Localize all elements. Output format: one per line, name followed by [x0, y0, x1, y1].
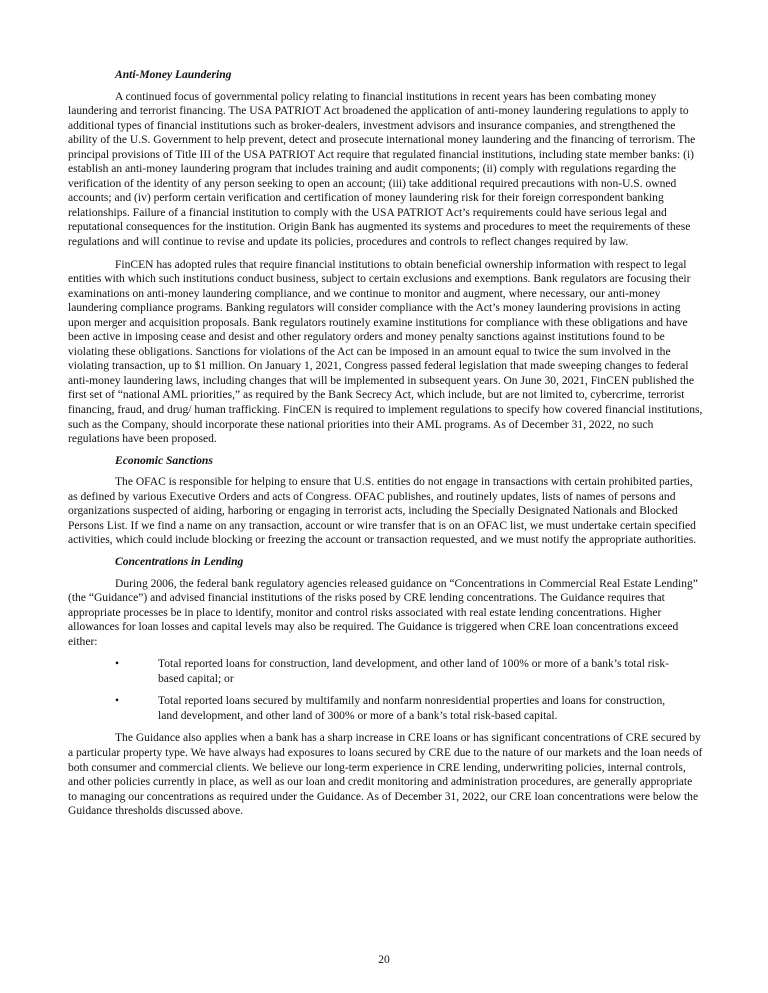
paragraph-cre-guidance-intro: During 2006, the federal bank regulatory… — [68, 577, 704, 650]
section-heading-anti-money-laundering: Anti-Money Laundering — [68, 68, 704, 83]
section-heading-economic-sanctions: Economic Sanctions — [68, 454, 704, 469]
cre-threshold-list: • Total reported loans for construction,… — [68, 657, 704, 723]
paragraph-fincen: FinCEN has adopted rules that require fi… — [68, 258, 704, 447]
list-item-text: Total reported loans for construction, l… — [158, 658, 669, 685]
bullet-icon: • — [115, 694, 119, 709]
list-item-text: Total reported loans secured by multifam… — [158, 695, 665, 722]
section-heading-concentrations-in-lending: Concentrations in Lending — [68, 555, 704, 570]
document-page: Anti-Money Laundering A continued focus … — [68, 61, 704, 819]
paragraph-ofac: The OFAC is responsible for helping to e… — [68, 475, 704, 548]
list-item: • Total reported loans secured by multif… — [68, 694, 704, 723]
paragraph-cre-guidance-closing: The Guidance also applies when a bank ha… — [68, 731, 704, 818]
bullet-icon: • — [115, 657, 119, 672]
paragraph-aml-patriot-act: A continued focus of governmental policy… — [68, 90, 704, 250]
list-item: • Total reported loans for construction,… — [68, 657, 704, 686]
page-number: 20 — [0, 954, 768, 966]
